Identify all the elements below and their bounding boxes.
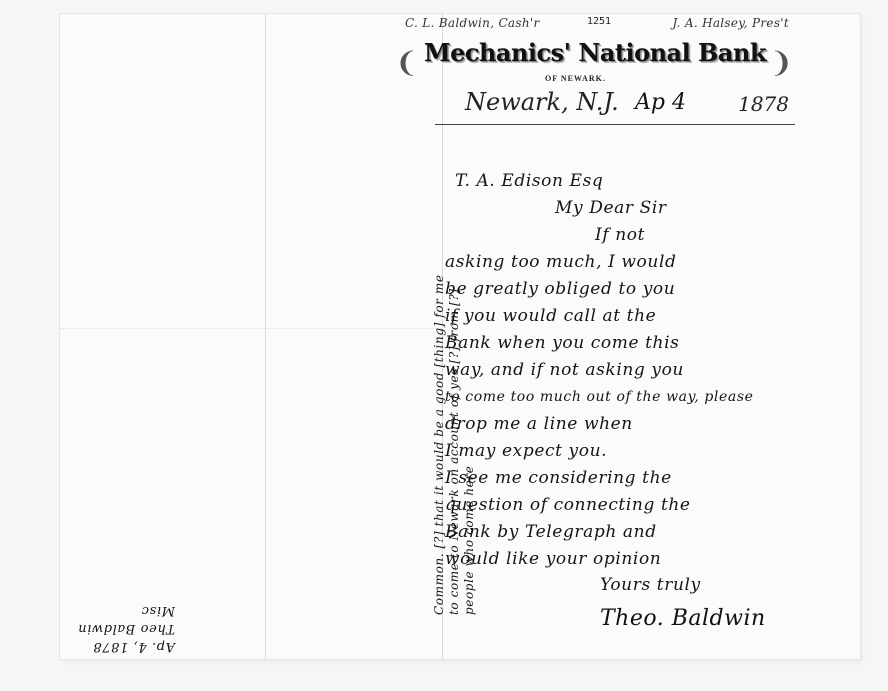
margin-annotation: Common. [?] that it would be a good [thi… (432, 95, 477, 615)
closing: Yours truly (600, 572, 701, 599)
margin-line: people who come here (462, 95, 477, 615)
docket-line: Ap. 4, 1878 (78, 637, 175, 655)
body-line: to come too much out of the way, please (445, 384, 800, 411)
body-line: would like your opinion (445, 546, 800, 573)
body-line: I see me considering the (445, 465, 800, 492)
fold-line-horizontal (60, 328, 442, 329)
signature: Theo. Baldwin (600, 606, 766, 631)
bank-subtitle: OF NEWARK. (545, 74, 606, 83)
dateline: Newark, N.J. Ap 4 1878 (435, 84, 795, 125)
body-line: be greatly obliged to you (445, 276, 800, 303)
place-of-writing: Newark, N.J. (465, 88, 619, 116)
salutation: My Dear Sir (445, 195, 800, 222)
body-line: I may expect you. (445, 438, 800, 465)
letter-body: T. A. Edison Esq My Dear Sir If not aski… (445, 168, 800, 573)
president-name: J. A. Halsey, Pres't (672, 16, 789, 30)
body-line: Bank when you come this (445, 330, 800, 357)
margin-line: Common. [?] that it would be a good [thi… (432, 95, 447, 615)
letter-year: 1878 (738, 92, 789, 116)
body-line: drop me a line when (445, 411, 800, 438)
margin-line: to come to Newark on account of yes [?] … (447, 95, 462, 615)
body-line: question of connecting the (445, 492, 800, 519)
body-line: way, and if not asking you (445, 357, 800, 384)
form-number: 1251 (587, 16, 611, 27)
body-line: Bank by Telegraph and (445, 519, 800, 546)
body-line: If not (445, 222, 800, 249)
handwritten-date: Ap 4 (635, 90, 686, 115)
recipient-line: T. A. Edison Esq (445, 168, 800, 195)
body-line: if you would call at the (445, 303, 800, 330)
docket-line: Theo Baldwin (78, 619, 175, 637)
fold-line-left (265, 14, 266, 659)
scroll-flourish-right-icon: ❩ (770, 46, 793, 79)
document-scan: C. L. Baldwin, Cash'r 1251 J. A. Halsey,… (0, 0, 888, 691)
cashier-name: C. L. Baldwin, Cash'r (405, 16, 540, 30)
bank-name: Mechanics' National Bank (415, 38, 775, 67)
body-text: If not asking too much, I would be great… (445, 222, 800, 573)
body-line: asking too much, I would (445, 249, 800, 276)
docket-line: Misc (78, 601, 175, 619)
docket-note: Ap. 4, 1878 Theo Baldwin Misc (78, 601, 175, 655)
